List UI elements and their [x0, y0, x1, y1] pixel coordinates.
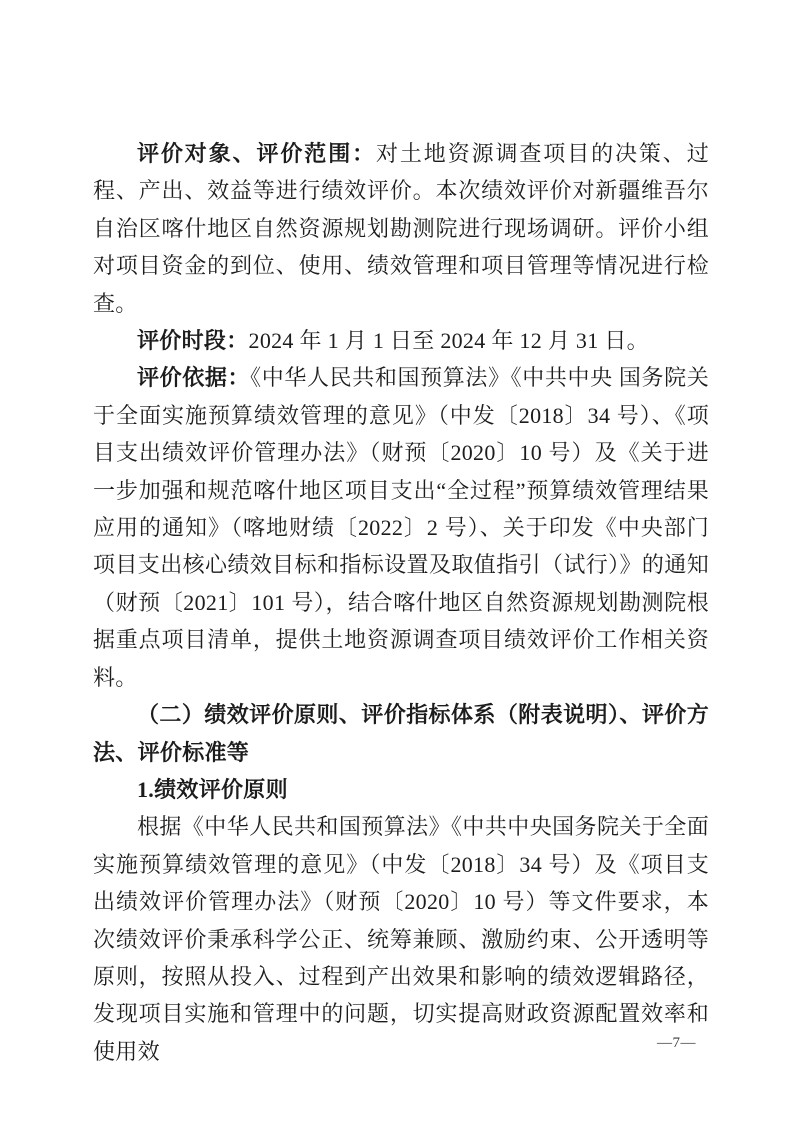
- paragraph-label-eval-basis: 评价依据：: [137, 365, 250, 390]
- paragraph-eval-basis: 评价依据：《中华人民共和国预算法》《中共中央 国务院关于全面实施预算绩效管理的意…: [93, 359, 709, 696]
- paragraph-label-eval-object-scope: 评价对象、评价范围：: [137, 141, 376, 166]
- paragraph-eval-period: 评价时段：2024 年 1 月 1 日至 2024 年 12 月 31 日。: [93, 322, 709, 359]
- document-body: 评价对象、评价范围：对土地资源调查项目的决策、过程、产出、效益等进行绩效评价。本…: [93, 135, 709, 1070]
- paragraph-principles-body: 根据《中华人民共和国预算法》《中共中央国务院关于全面实施预算绩效管理的意见》（中…: [93, 808, 709, 1070]
- document-page: 评价对象、评价范围：对土地资源调查项目的决策、过程、产出、效益等进行绩效评价。本…: [0, 0, 793, 1122]
- paragraph-text-eval-period: 2024 年 1 月 1 日至 2024 年 12 月 31 日。: [249, 328, 649, 353]
- paragraph-label-eval-period: 评价时段：: [137, 328, 249, 353]
- paragraph-text-eval-basis: 《中华人民共和国预算法》《中共中央 国务院关于全面实施预算绩效管理的意见》（中发…: [93, 365, 709, 689]
- paragraph-text-eval-object-scope: 对土地资源调查项目的决策、过程、产出、效益等进行绩效评价。本次绩效评价对新疆维吾…: [93, 141, 709, 316]
- heading-performance-principles: 1.绩效评价原则: [93, 771, 709, 808]
- heading-section-two: （二）绩效评价原则、评价指标体系（附表说明）、评价方法、评价标准等: [93, 696, 709, 771]
- page-number: —7—: [657, 1033, 696, 1053]
- paragraph-text-principles-body: 根据《中华人民共和国预算法》《中共中央国务院关于全面实施预算绩效管理的意见》（中…: [93, 814, 709, 1063]
- paragraph-eval-object-scope: 评价对象、评价范围：对土地资源调查项目的决策、过程、产出、效益等进行绩效评价。本…: [93, 135, 709, 322]
